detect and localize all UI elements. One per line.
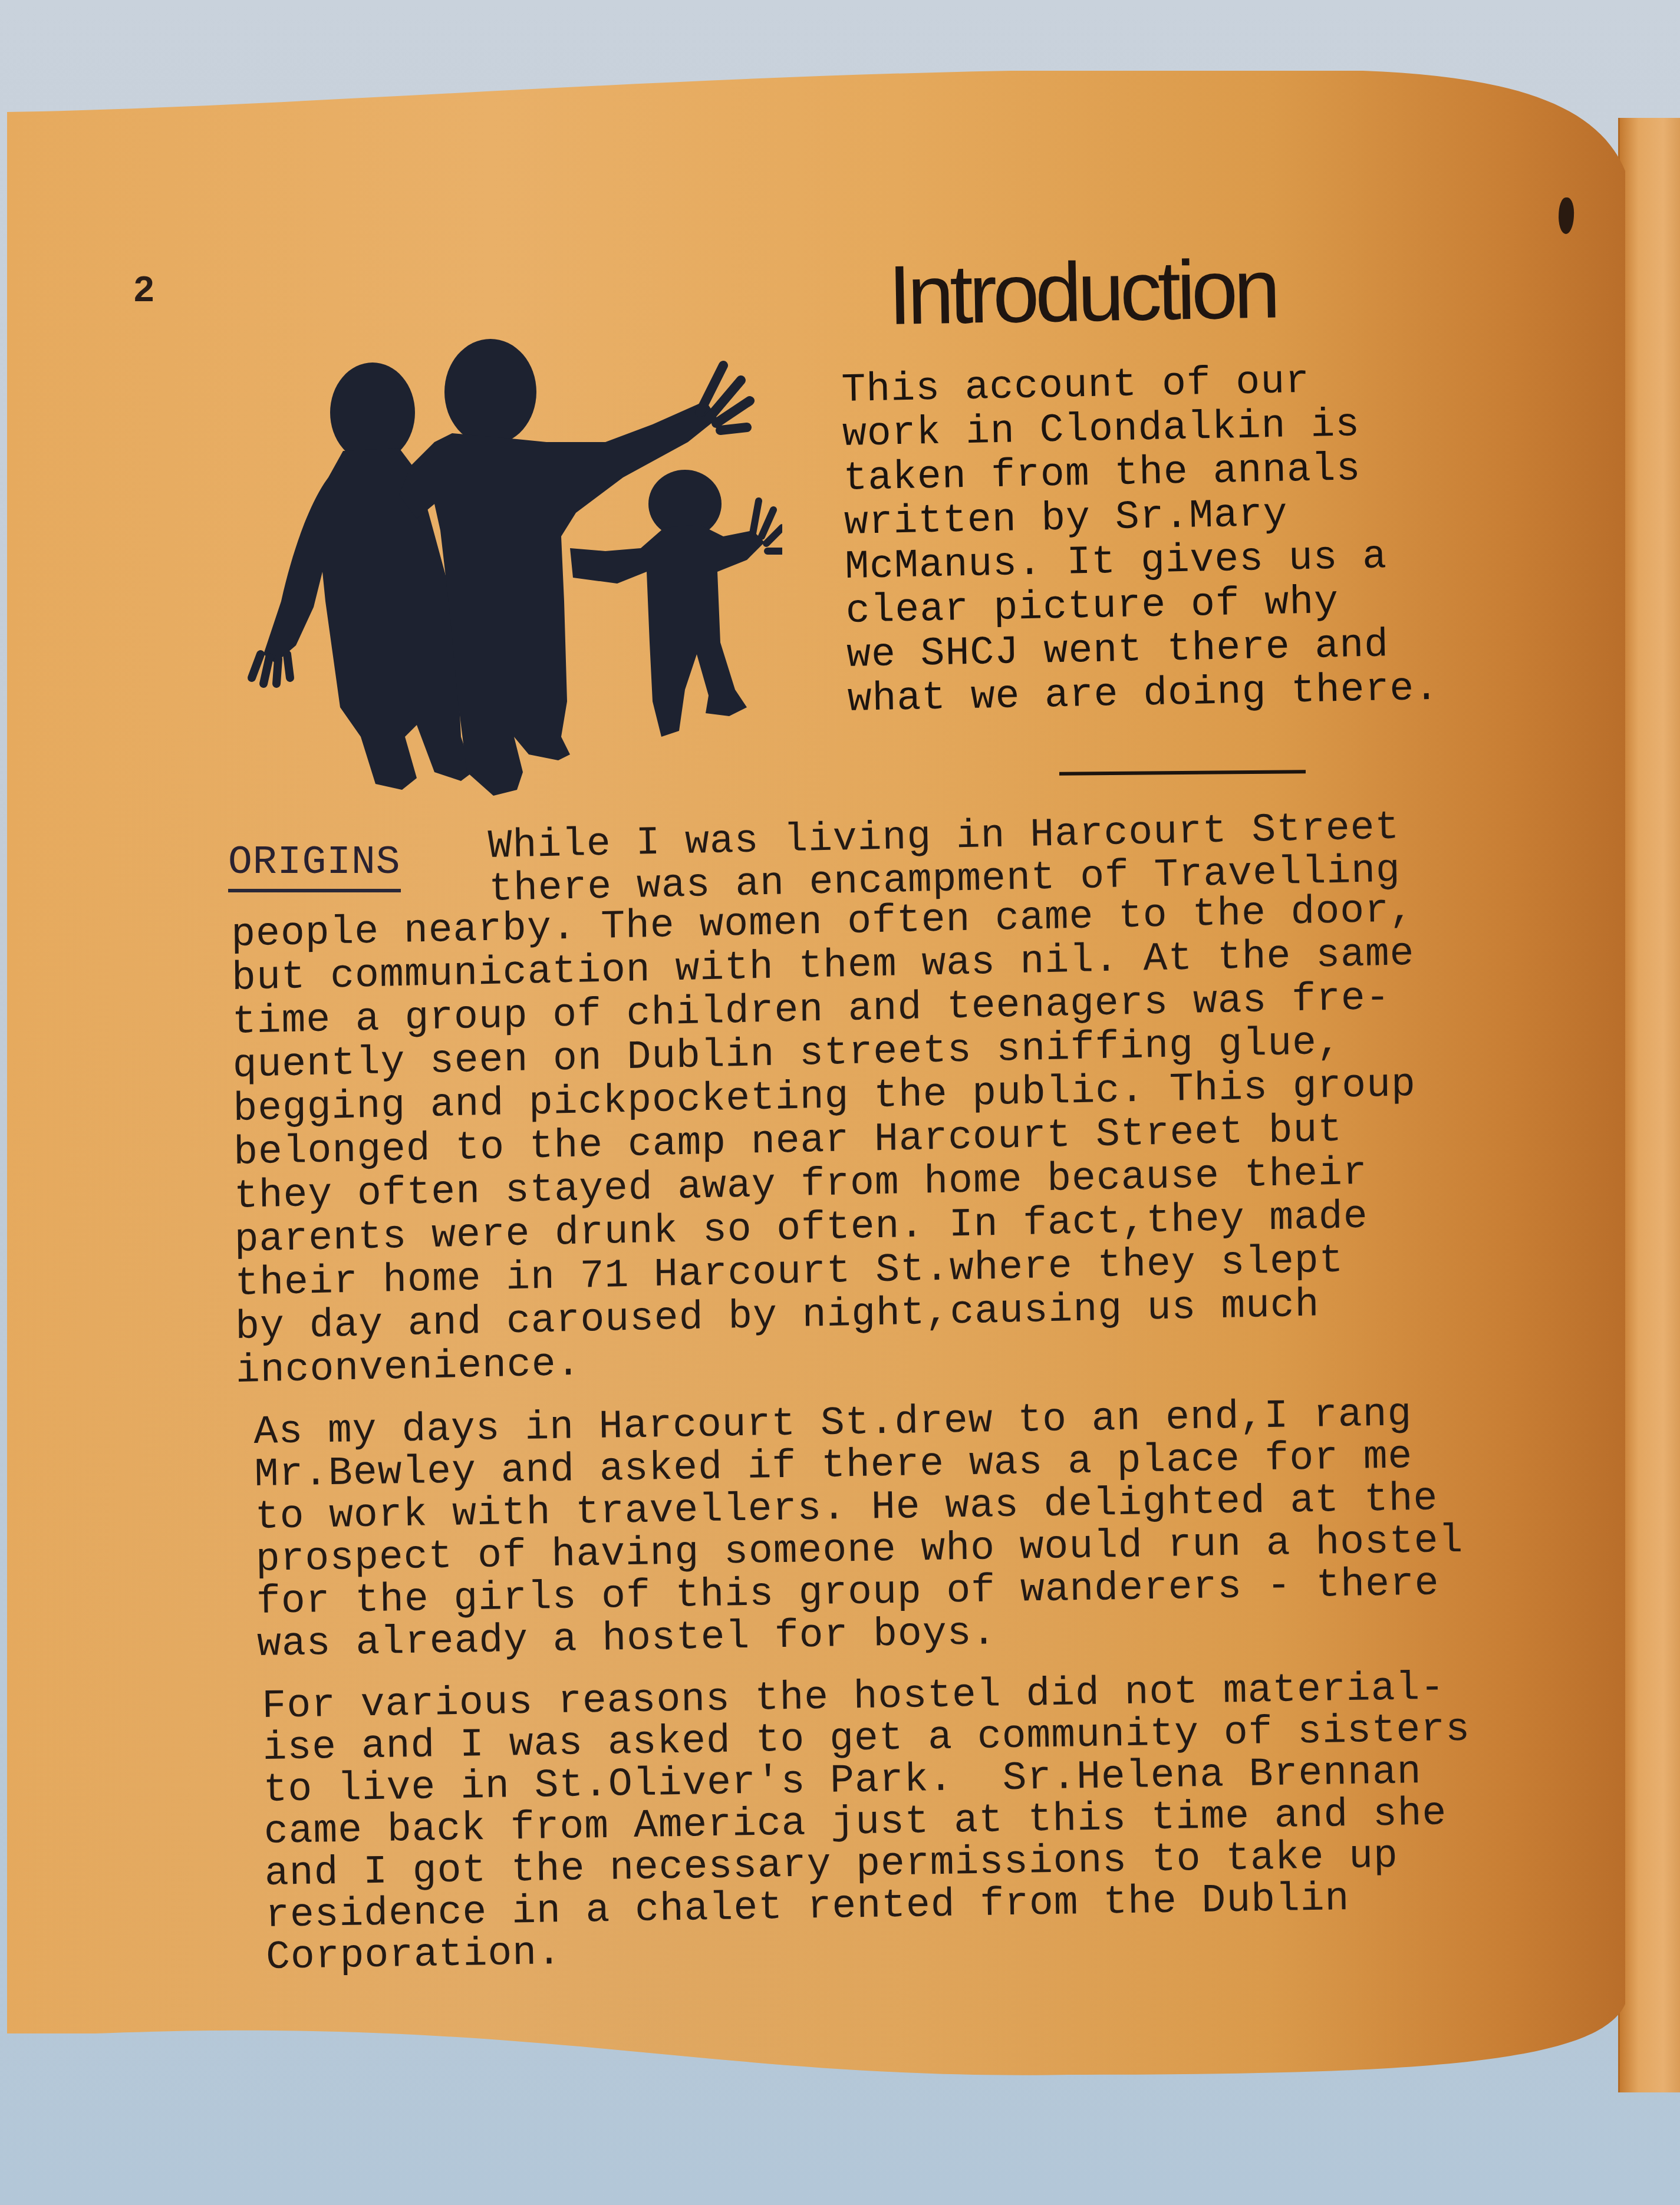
page-title: Introduction (888, 241, 1277, 344)
paragraph-harcourt-departure: As my days in Harcourt St.drew to an end… (253, 1393, 1465, 1666)
page-number: 2 (134, 268, 154, 310)
paragraph-st-olivers-park: For various reasons the hostel did not m… (262, 1667, 1474, 1979)
intro-paragraph: This account of our work in Clondalkin i… (841, 357, 1439, 722)
binding-staple-mark (1557, 197, 1575, 235)
adjacent-page-edge (1618, 118, 1680, 2092)
section-heading-origins: ORIGINS (228, 840, 401, 892)
document-page: 2 Introduction This account of our work … (7, 71, 1625, 2145)
children-silhouette-illustration (240, 324, 782, 819)
origins-paragraph: people nearby. The women often came to t… (231, 889, 1419, 1393)
section-divider (1059, 770, 1306, 776)
text-line: Corporation. (266, 1930, 562, 1980)
text-line: inconvenience. (236, 1342, 581, 1394)
